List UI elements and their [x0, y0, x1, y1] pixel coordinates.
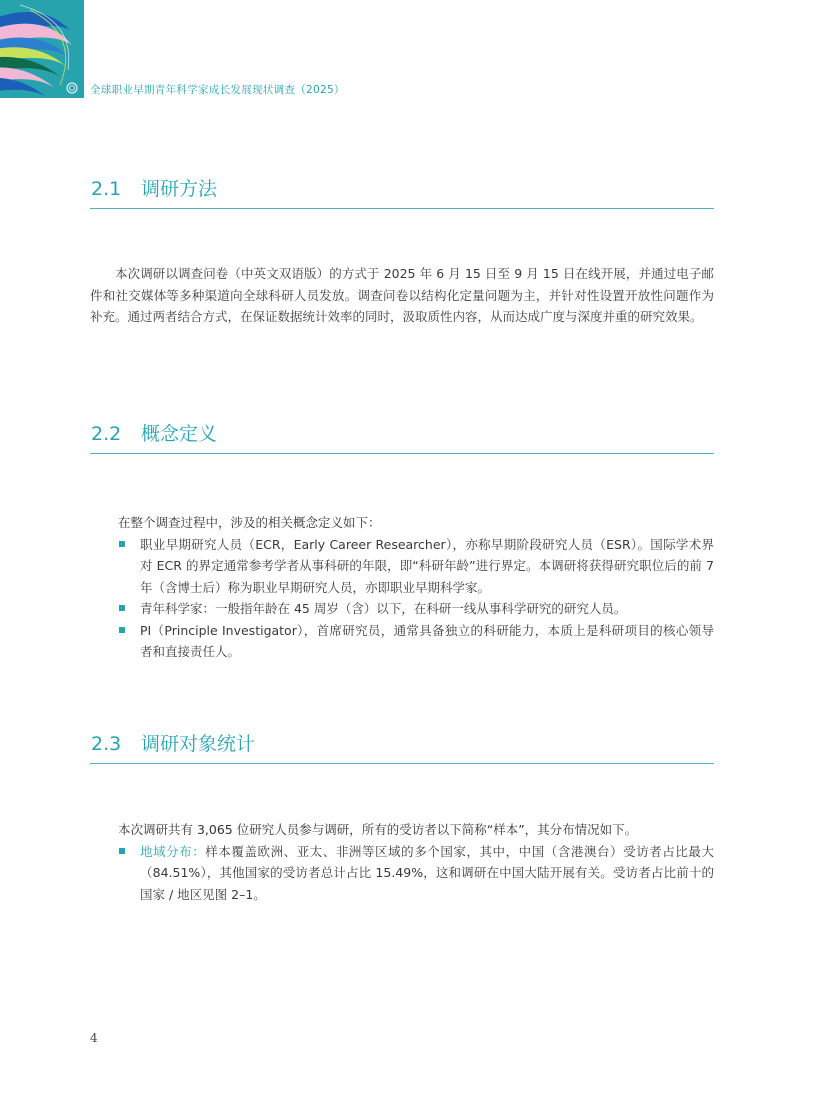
bullet-square-icon [119, 605, 125, 611]
page-number: 4 [90, 1031, 98, 1045]
bullet-square-icon [119, 848, 125, 854]
section-number: 2.2 [91, 423, 141, 445]
definitions-list: 职业早期研究人员（ECR，Early Career Researcher），亦称… [90, 534, 714, 663]
section-number: 2.3 [91, 733, 141, 755]
cover-artwork [0, 0, 84, 98]
section-title: 调研对象统计 [141, 729, 255, 756]
section-heading: 2.1 调研方法 [90, 174, 714, 209]
section-concept-definitions: 2.2 概念定义 在整个调查过程中，涉及的相关概念定义如下： 职业早期研究人员（… [90, 419, 714, 663]
definitions-intro: 在整个调查过程中，涉及的相关概念定义如下： [90, 512, 714, 534]
method-paragraph: 本次调研以调查问卷（中英文双语版）的方式于 2025 年 6 月 15 日至 9… [90, 263, 714, 328]
list-item: 职业早期研究人员（ECR，Early Career Researcher），亦称… [118, 534, 714, 599]
bullet-lead-label: 地域分布： [140, 844, 205, 859]
section-research-method: 2.1 调研方法 本次调研以调查问卷（中英文双语版）的方式于 2025 年 6 … [90, 174, 714, 328]
section-respondent-statistics: 2.3 调研对象统计 本次调研共有 3,065 位研究人员参与调研，所有的受访者… [90, 729, 714, 905]
bullet-square-icon [119, 627, 125, 633]
section-number: 2.1 [91, 178, 141, 200]
section-heading: 2.3 调研对象统计 [90, 729, 714, 764]
section-title: 概念定义 [141, 419, 217, 446]
globe-artwork-icon [0, 0, 84, 98]
list-item: 青年科学家：一般指年龄在 45 周岁（含）以下，在科研一线从事科学研究的研究人员… [118, 598, 714, 620]
statistics-intro: 本次调研共有 3,065 位研究人员参与调研，所有的受访者以下简称“样本”，其分… [90, 819, 714, 841]
section-title: 调研方法 [141, 174, 217, 201]
bullet-square-icon [119, 541, 125, 547]
list-item: 地域分布：样本覆盖欧洲、亚太、非洲等区域的多个国家，其中，中国（含港澳台）受访者… [118, 841, 714, 906]
statistics-list: 地域分布：样本覆盖欧洲、亚太、非洲等区域的多个国家，其中，中国（含港澳台）受访者… [90, 841, 714, 906]
running-header-title: 全球职业早期青年科学家成长发展现状调查（2025） [90, 82, 345, 97]
section-heading: 2.2 概念定义 [90, 419, 714, 454]
list-item: PI（Principle Investigator），首席研究员，通常具备独立的… [118, 620, 714, 663]
